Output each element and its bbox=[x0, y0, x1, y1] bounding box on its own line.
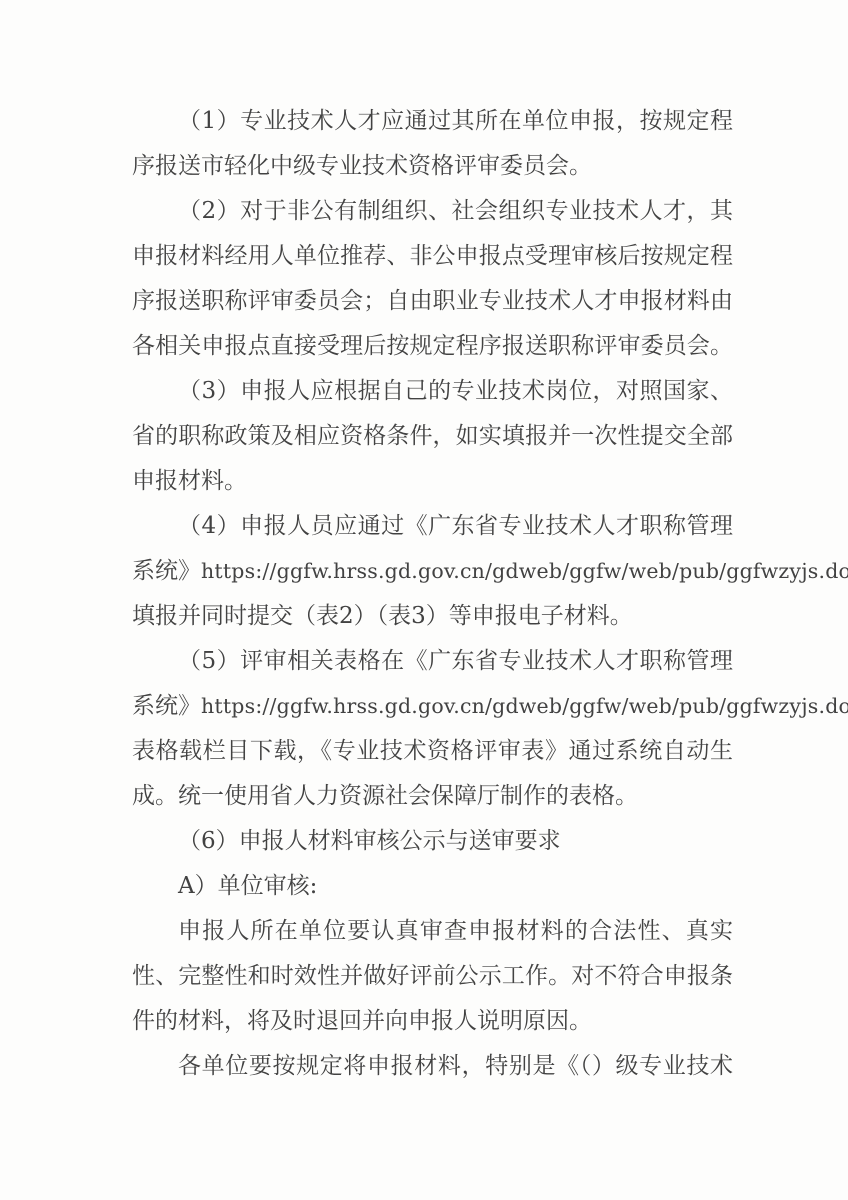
document-line: （6）申报人材料审核公示与送审要求 bbox=[132, 819, 733, 864]
document-line: 申报人所在单位要认真审查申报材料的合法性、真实 bbox=[132, 909, 733, 954]
document-line: 各单位要按规定将申报材料，特别是《（）级专业技术 bbox=[132, 1044, 733, 1089]
document-line: （2）对于非公有制组织、社会组织专业技术人才，其 bbox=[132, 189, 733, 234]
document-line: 系统》https://ggfw.hrss.gd.gov.cn/gdweb/ggf… bbox=[132, 684, 733, 729]
document-line: 填报并同时提交（表2）（表3）等申报电子材料。 bbox=[132, 594, 733, 639]
document-line: 申报材料经用人单位推荐、非公申报点受理审核后按规定程 bbox=[132, 234, 733, 279]
document-line: 省的职称政策及相应资格条件，如实填报并一次性提交全部 bbox=[132, 414, 733, 459]
document-line: 性、完整性和时效性并做好评前公示工作。对不符合申报条 bbox=[132, 954, 733, 999]
document-line: A）单位审核: bbox=[132, 864, 733, 909]
document-line: 各相关申报点直接受理后按规定程序报送职称评审委员会。 bbox=[132, 324, 733, 369]
document-line: 系统》https://ggfw.hrss.gd.gov.cn/gdweb/ggf… bbox=[132, 549, 733, 594]
document-line: （5）评审相关表格在《广东省专业技术人才职称管理 bbox=[132, 639, 733, 684]
book-title-mark-text: 系统》 bbox=[132, 558, 201, 584]
document-line: （1）专业技术人才应通过其所在单位申报，按规定程 bbox=[132, 99, 733, 144]
document-line: 序报送职称评审委员会；自由职业专业技术人才申报材料由 bbox=[132, 279, 733, 324]
document-line: 申报材料。 bbox=[132, 459, 733, 504]
document-line: （4）申报人员应通过《广东省专业技术人才职称管理 bbox=[132, 504, 733, 549]
document-line: 序报送市轻化中级专业技术资格评审委员会。 bbox=[132, 144, 733, 189]
document-line: 表格载栏目下载，《专业技术资格评审表》通过系统自动生 bbox=[132, 729, 733, 774]
document-line: （3）申报人应根据自己的专业技术岗位，对照国家、 bbox=[132, 369, 733, 414]
document-page: （1）专业技术人才应通过其所在单位申报，按规定程序报送市轻化中级专业技术资格评审… bbox=[0, 0, 848, 1200]
url-text: https://ggfw.hrss.gd.gov.cn/gdweb/ggfw/w… bbox=[201, 559, 848, 583]
document-line: 成。统一使用省人力资源社会保障厅制作的表格。 bbox=[132, 774, 733, 819]
document-line: 件的材料，将及时退回并向申报人说明原因。 bbox=[132, 999, 733, 1044]
document-body: （1）专业技术人才应通过其所在单位申报，按规定程序报送市轻化中级专业技术资格评审… bbox=[132, 99, 733, 1089]
book-title-mark-text: 系统》 bbox=[132, 693, 201, 719]
url-text: https://ggfw.hrss.gd.gov.cn/gdweb/ggfw/w… bbox=[201, 694, 848, 718]
